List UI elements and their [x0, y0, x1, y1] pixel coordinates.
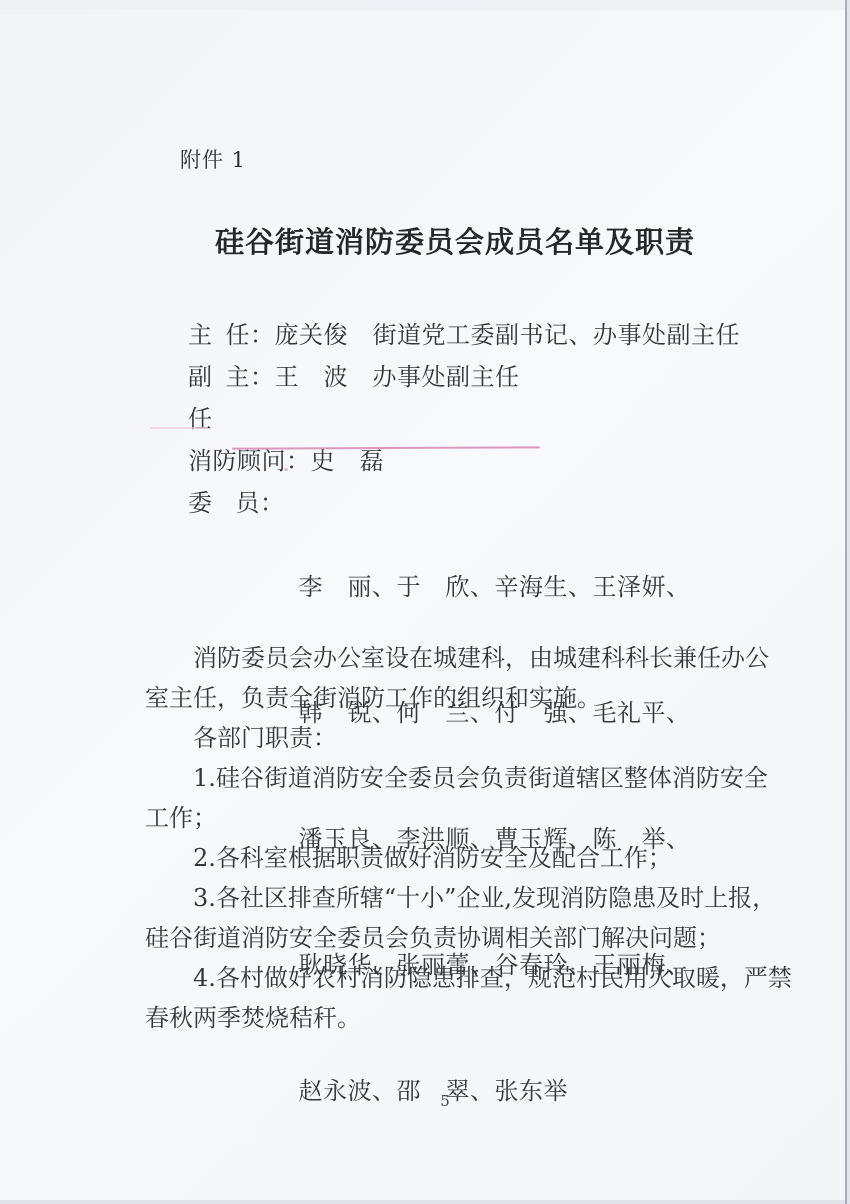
body-line-duty2: 2.各科室根据职责做好消防安全及配合工作； — [145, 838, 785, 878]
roster-row-deputy-director: 副主任：王 波 办事处副主任 — [188, 356, 740, 440]
body-line-office-note-1: 消防委员会办公室设在城建科，由城建科科长兼任办公 — [145, 638, 785, 678]
body-line-duty1-2: 工作； — [145, 798, 785, 838]
body-line-duty3-2: 硅谷街道消防安全委员会负责协调相关部门解决问题； — [145, 918, 785, 958]
scanned-document-page: { "document": { "attachment_label": "附件 … — [0, 0, 850, 1204]
pink-pen-dot — [284, 468, 288, 471]
body-line-duty4-2: 春秋两季焚烧秸秆。 — [145, 998, 785, 1038]
roster-colon: ： — [260, 482, 285, 524]
body-line-duties-heading: 各部门职责： — [145, 718, 785, 758]
roster-colon: ： — [250, 356, 275, 398]
roster-value-director: 庞关俊 街道党工委副书记、办事处副主任 — [275, 314, 741, 356]
body-line-office-note-2: 室主任，负责全街消防工作的组织和实施。 — [145, 678, 785, 718]
roster-colon: ： — [250, 314, 275, 356]
roster-label-fire-advisor: 消防顾问 — [188, 440, 286, 482]
attachment-label: 附件 1 — [180, 144, 246, 174]
roster-label-director: 主任 — [188, 314, 250, 356]
page-number: 5 — [0, 1092, 850, 1110]
roster-label-members: 委员 — [188, 482, 260, 524]
pink-pen-smudge — [150, 427, 208, 429]
scan-page-edge-right — [845, 0, 850, 1204]
body-line-duty1-1: 1.硅谷街道消防安全委员会负责街道辖区整体消防安全 — [145, 758, 785, 798]
body-paragraphs: 消防委员会办公室设在城建科，由城建科科长兼任办公 室主任，负责全街消防工作的组织… — [145, 638, 785, 1038]
document-title: 硅谷街道消防委员会成员名单及职责 — [0, 220, 840, 261]
body-line-duty4-1: 4.各村做好农村消防隐患排查，规范村民用火取暖，严禁 — [145, 958, 785, 998]
scan-artifact-top — [0, 0, 845, 10]
roster-colon: ： — [286, 440, 311, 482]
scan-page-edge-bottom — [0, 1200, 845, 1204]
roster-value-deputy-director: 王 波 办事处副主任 — [275, 356, 520, 398]
body-line-duty3-1: 3.各社区排查所辖“十小”企业,发现消防隐患及时上报， — [145, 878, 785, 918]
member-line: 李 丽、于 欣、辛海生、王泽妍、 — [299, 566, 691, 608]
roster-row-director: 主任：庞关俊 街道党工委副书记、办事处副主任 — [188, 314, 740, 356]
